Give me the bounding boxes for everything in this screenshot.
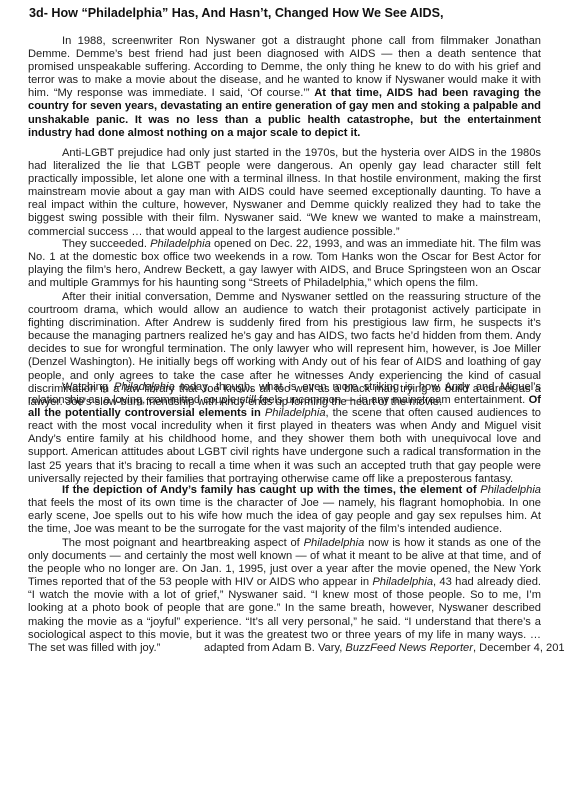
text-segment: Watching — [62, 381, 114, 393]
text-segment: feels uncommon — in any mainstream enter… — [256, 394, 529, 406]
text-segment: The most poignant and heartbreaking aspe… — [62, 537, 304, 549]
text-segment: Anti-LGBT prejudice had only just starte… — [28, 147, 541, 238]
attribution-source: BuzzFeed News Reporter — [345, 642, 473, 654]
text-segment: Philadelphia — [265, 407, 326, 419]
paragraph-3: They succeeded. Philadelphia opened on D… — [28, 238, 541, 290]
text-segment: Philadelphia — [480, 484, 541, 496]
text-segment: They succeeded. — [62, 238, 150, 250]
attribution: adapted from Adam B. Vary, BuzzFeed News… — [204, 642, 565, 654]
paragraph-7: The most poignant and heartbreaking aspe… — [28, 537, 541, 655]
paragraph-2: Anti-LGBT prejudice had only just starte… — [28, 147, 541, 239]
text-segment: Philadelphia — [150, 238, 211, 250]
text-segment: that feels the most of its own time is t… — [28, 497, 541, 535]
text-segment: If the depiction of Andy’s family has ca… — [62, 484, 480, 496]
attribution-prefix: adapted from Adam B. Vary, — [204, 642, 345, 654]
paragraph-1: In 1988, screenwriter Ron Nyswaner got a… — [28, 35, 541, 140]
text-segment: Philadelphia — [114, 381, 175, 393]
paragraph-6: If the depiction of Andy’s family has ca… — [28, 484, 541, 536]
attribution-date: , December 4, 2018 — [473, 642, 565, 654]
text-segment: Philadelphia — [304, 537, 365, 549]
document-title: 3d- How “Philadelphia” Has, And Hasn’t, … — [29, 6, 444, 20]
text-segment: still — [240, 394, 256, 406]
text-segment: Philadelphia — [372, 576, 433, 588]
paragraph-5: Watching Philadelphia today, though, wha… — [28, 381, 541, 486]
